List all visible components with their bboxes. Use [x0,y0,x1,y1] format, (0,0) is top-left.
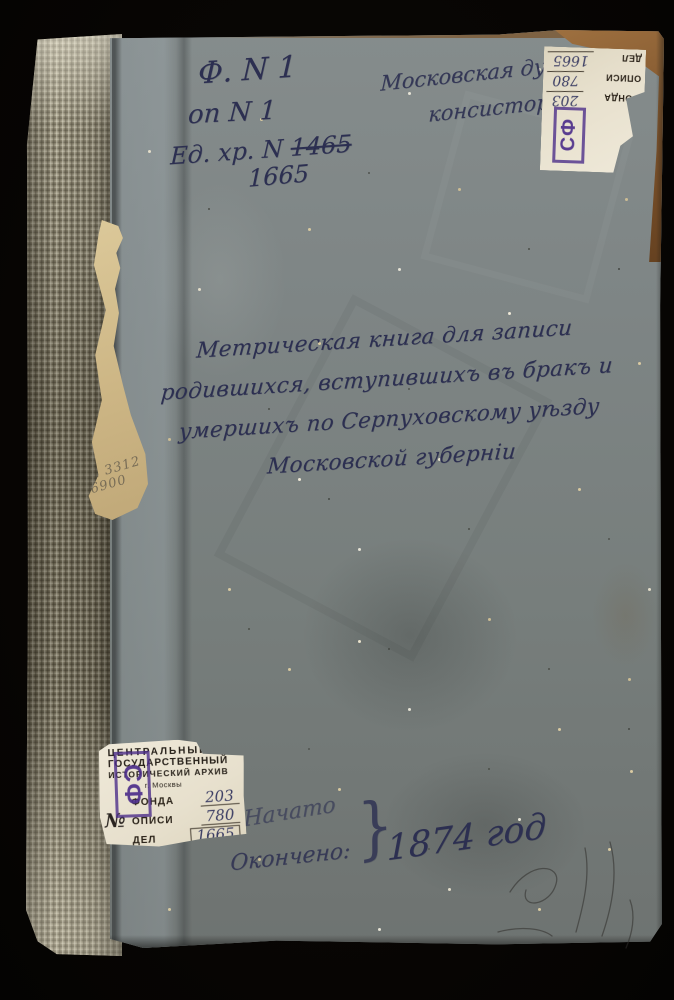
pencil-scribble [490,830,660,960]
opis-row-value: 780 [201,807,241,826]
delo-row-label: ДЕЛ [132,835,156,847]
paper-flecks-light [110,30,113,33]
cover-right-edge-shadow [656,30,664,948]
book-title: Метрическая книга для записи родившихся,… [154,306,623,494]
sf-stamp: СФ [114,751,152,818]
end-date-label: Окончено: [230,839,351,877]
storage-unit-new-number: 1665 [248,159,309,192]
start-date-label: Начато [243,793,336,833]
fond-row-value: 203 [200,788,240,807]
fond-number-mark: Ф. N 1 [198,49,298,91]
delo-row-top-label: ДЕЛ [621,53,642,64]
opis-row-top-label: ОПИСИ [606,72,642,83]
sf-stamp-top-letters: СФ [557,118,581,152]
opis-row-top-value: 780 [547,71,584,87]
consistory-inscription-line1: Московская дух. [380,52,565,96]
sf-stamp-top: СФ [552,107,586,164]
opis-number-mark: оп N 1 [187,96,277,131]
photo-backdrop: { "colors": { "background": "#070503", "… [0,0,674,1000]
fond-row-top-value: 203 [546,91,583,107]
delo-row-top-value: 1665 [548,51,594,67]
paper-flecks-dark [110,30,112,32]
sf-stamp-letters: СФ [117,763,147,805]
storage-unit-old-number: 1465 [290,130,352,162]
